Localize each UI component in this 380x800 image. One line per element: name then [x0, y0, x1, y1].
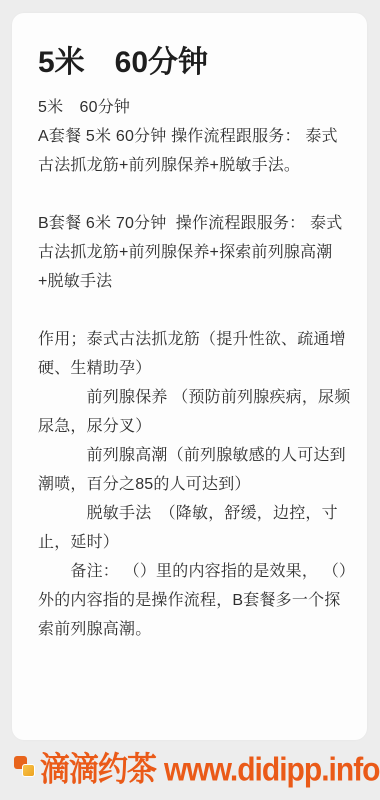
text-line: 潮喷，百分之85的人可达到） [38, 470, 353, 499]
text-line: 作用；泰式古法抓龙筋（提升性欲、疏通增 [38, 325, 353, 354]
text-line: 古法抓龙筋+前列腺保养+脱敏手法。 [38, 151, 353, 180]
text-line: 止，延时） [38, 528, 353, 557]
watermark-brand-text: 滴滴约茶 [40, 752, 156, 789]
text-line: 备注： （）里的内容指的是效果， （） [38, 557, 353, 586]
sticker-badge-icon [14, 756, 35, 777]
text-line: 前列腺高潮（前列腺敏感的人可达到 [38, 441, 353, 470]
text-line: 5米 60分钟 [38, 93, 353, 122]
watermark-url-text: www.didipp.info [164, 752, 380, 789]
text-line: 索前列腺高潮。 [38, 615, 353, 644]
screen: { "card": { "title": "5米 60分钟", "lines":… [0, 0, 380, 800]
watermark: 滴滴约茶www.didipp.info [14, 746, 380, 790]
blank-line [38, 180, 353, 209]
sticker-front-square [22, 764, 35, 777]
blank-line [38, 296, 353, 325]
content-card: 5米 60分钟 5米 60分钟 A套餐 5米 60分钟 操作流程跟服务： 泰式 … [12, 13, 367, 740]
text-line: 外的内容指的是操作流程，B套餐多一个探 [38, 586, 353, 615]
text-line: A套餐 5米 60分钟 操作流程跟服务： 泰式 [38, 122, 353, 151]
text-line: 脱敏手法 （降敏，舒缓，边控，寸 [38, 499, 353, 528]
text-line: 尿急，尿分叉） [38, 412, 353, 441]
text-line: 硬、生精助孕） [38, 354, 353, 383]
text-line: +脱敏手法 [38, 267, 353, 296]
text-line: 古法抓龙筋+前列腺保养+探索前列腺高潮 [38, 238, 353, 267]
page-title: 5米 60分钟 [38, 43, 353, 83]
text-line: B套餐 6米 70分钟 操作流程跟服务： 泰式 [38, 209, 353, 238]
document-body: 5米 60分钟 A套餐 5米 60分钟 操作流程跟服务： 泰式 古法抓龙筋+前列… [38, 93, 353, 644]
watermark-text: 滴滴约茶www.didipp.info [40, 746, 380, 795]
text-line: 前列腺保养 （预防前列腺疾病，尿频 [38, 383, 353, 412]
